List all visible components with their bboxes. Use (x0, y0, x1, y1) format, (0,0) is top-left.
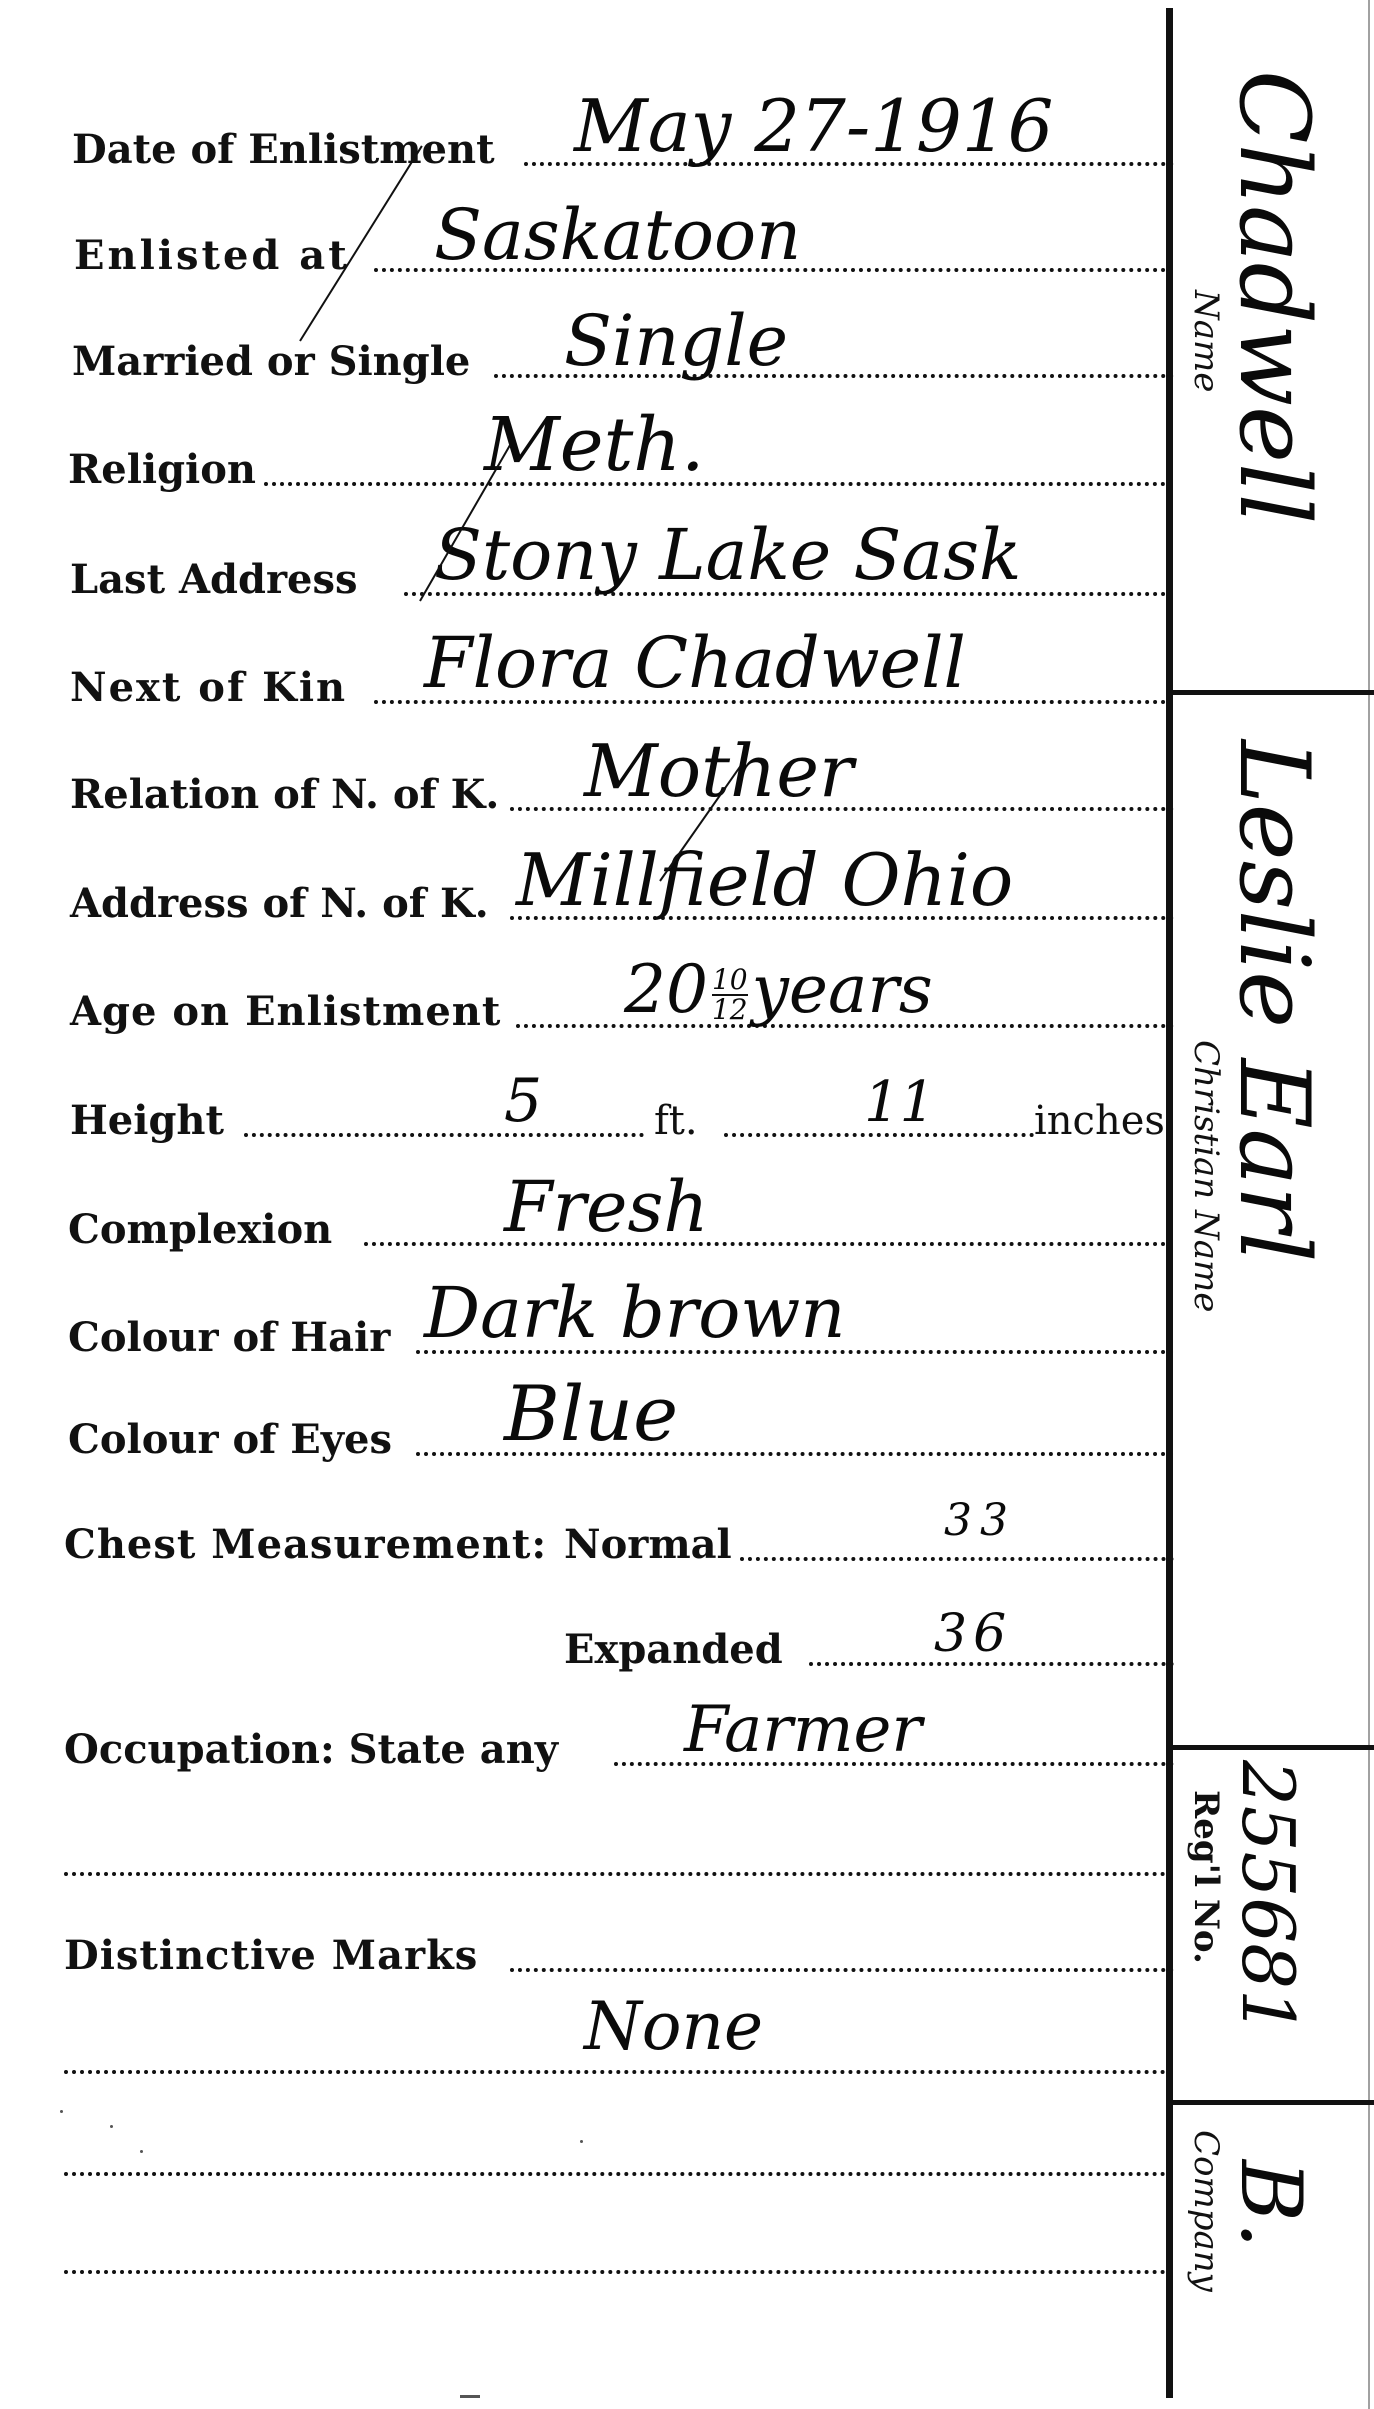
label-occupation: Occupation: State any (64, 1730, 558, 1770)
label-height: Height (70, 1101, 224, 1141)
age-fraction: 1012 (712, 966, 748, 1024)
label-colour-of-eyes: Colour of Eyes (68, 1420, 392, 1460)
dotted-line (64, 2270, 1174, 2274)
card-edge (1368, 0, 1370, 2409)
row-enlisted-at: Enlisted at Saskatoon (64, 216, 1164, 276)
label-age-on-enlistment: Age on Enlistment (70, 992, 501, 1032)
dotted-line (264, 482, 1174, 486)
side-label-company: Company (1186, 2130, 1226, 2292)
row-age-on-enlistment: Age on Enlistment 201012years (64, 972, 1164, 1032)
value-married-or-single: Single (564, 306, 788, 376)
value-chest-expanded: 36 (934, 1608, 1012, 1660)
side-divider-1 (1170, 690, 1374, 695)
label-chest-normal: Normal (564, 1525, 732, 1565)
row-next-of-kin: Next of Kin Flora Chadwell (64, 648, 1164, 708)
row-colour-of-hair: Colour of Hair Dark brown (64, 1298, 1164, 1358)
row-colour-of-eyes: Colour of Eyes Blue (64, 1400, 1164, 1460)
side-panel-rule (1166, 8, 1173, 2398)
label-religion: Religion (68, 450, 256, 490)
label-chest-expanded: Expanded (564, 1630, 783, 1670)
label-distinctive-marks: Distinctive Marks (64, 1936, 478, 1976)
age-whole: 20 (624, 951, 708, 1028)
side-value-company: B. (1222, 2160, 1320, 2248)
row-last-address: Last Address Stony Lake Sask (64, 540, 1164, 600)
dotted-line (740, 1557, 1174, 1561)
age-fraction-denominator: 12 (712, 996, 748, 1024)
side-label-regl-no: Reg'l No. (1186, 1790, 1226, 1964)
dotted-line (510, 1968, 1174, 1972)
side-divider-2 (1170, 1745, 1374, 1750)
value-last-address: Stony Lake Sask (434, 520, 1021, 590)
label-height-inches: inches (1034, 1101, 1165, 1141)
label-chest-measurement: Chest Measurement: (64, 1525, 547, 1565)
side-divider-3 (1170, 2100, 1374, 2105)
value-complexion: Fresh (504, 1172, 708, 1242)
row-address-nok: Address of N. of K. Millfield Ohio (64, 864, 1164, 924)
label-date-of-enlistment: Date of Enlistment (72, 130, 495, 170)
paper-speck (580, 2140, 583, 2143)
row-occupation: Occupation: State any Farmer (64, 1710, 1164, 1770)
label-enlisted-at: Enlisted at (74, 236, 350, 276)
value-colour-of-hair: Dark brown (424, 1278, 845, 1348)
label-colour-of-hair: Colour of Hair (68, 1318, 390, 1358)
value-height-feet: 5 (504, 1071, 542, 1131)
label-next-of-kin: Next of Kin (70, 668, 347, 708)
value-date-of-enlistment: May 27-1916 (574, 90, 1053, 162)
row-married-or-single: Married or Single Single (64, 322, 1164, 382)
side-value-christian-name: Leslie Earl (1218, 740, 1330, 1262)
label-relation-nok: Relation of N. of K. (70, 775, 499, 815)
paper-speck (110, 2125, 113, 2128)
paper-speck (140, 2150, 143, 2153)
value-enlisted-at: Saskatoon (434, 200, 801, 270)
label-height-ft: ft. (654, 1101, 698, 1141)
label-address-nok: Address of N. of K. (70, 884, 489, 924)
value-height-inches: 11 (864, 1075, 935, 1131)
age-suffix: years (752, 951, 933, 1028)
row-blank-1 (64, 2120, 1164, 2180)
row-date-of-enlistment: Date of Enlistment May 27-1916 (64, 110, 1164, 170)
dotted-line (64, 1872, 1174, 1876)
attestation-card: Date of Enlistment May 27-1916 Enlisted … (0, 0, 1374, 2409)
label-married-or-single: Married or Single (72, 342, 470, 382)
value-colour-of-eyes: Blue (504, 1376, 678, 1452)
row-complexion: Complexion Fresh (64, 1190, 1164, 1250)
label-complexion: Complexion (68, 1210, 332, 1250)
row-chest-expanded: Expanded 36 (64, 1610, 1164, 1670)
label-last-address: Last Address (70, 560, 358, 600)
side-value-name: Chadwell (1218, 70, 1330, 524)
row-distinctive-marks: Distinctive Marks (64, 1916, 1164, 1976)
value-distinctive-marks: None (584, 1994, 763, 2060)
value-age-years: 201012years (624, 957, 933, 1024)
row-occupation-continued (64, 1820, 1164, 1880)
row-distinctive-marks-value: None (64, 2018, 1164, 2078)
paper-speck (460, 2395, 480, 2398)
value-address-nok: Millfield Ohio (516, 844, 1013, 916)
value-next-of-kin: Flora Chadwell (424, 628, 966, 698)
value-chest-normal: 33 (944, 1499, 1016, 1543)
dotted-line (64, 2070, 1174, 2074)
value-religion: Meth. (484, 408, 704, 482)
paper-speck (60, 2110, 63, 2113)
dotted-line (64, 2172, 1174, 2176)
side-value-regl-no: 255681 (1226, 1760, 1310, 2035)
row-chest-normal: Chest Measurement: Normal 33 (64, 1505, 1164, 1565)
row-relation-nok: Relation of N. of K. Mother (64, 755, 1164, 815)
dotted-line (364, 1242, 1174, 1246)
value-occupation: Farmer (684, 1698, 922, 1762)
row-height: Height 5 ft. 11 inches (64, 1081, 1164, 1141)
row-blank-2 (64, 2218, 1164, 2278)
age-fraction-numerator: 10 (712, 966, 748, 996)
row-religion: Religion Meth. (64, 430, 1164, 490)
dotted-line (244, 1133, 644, 1137)
